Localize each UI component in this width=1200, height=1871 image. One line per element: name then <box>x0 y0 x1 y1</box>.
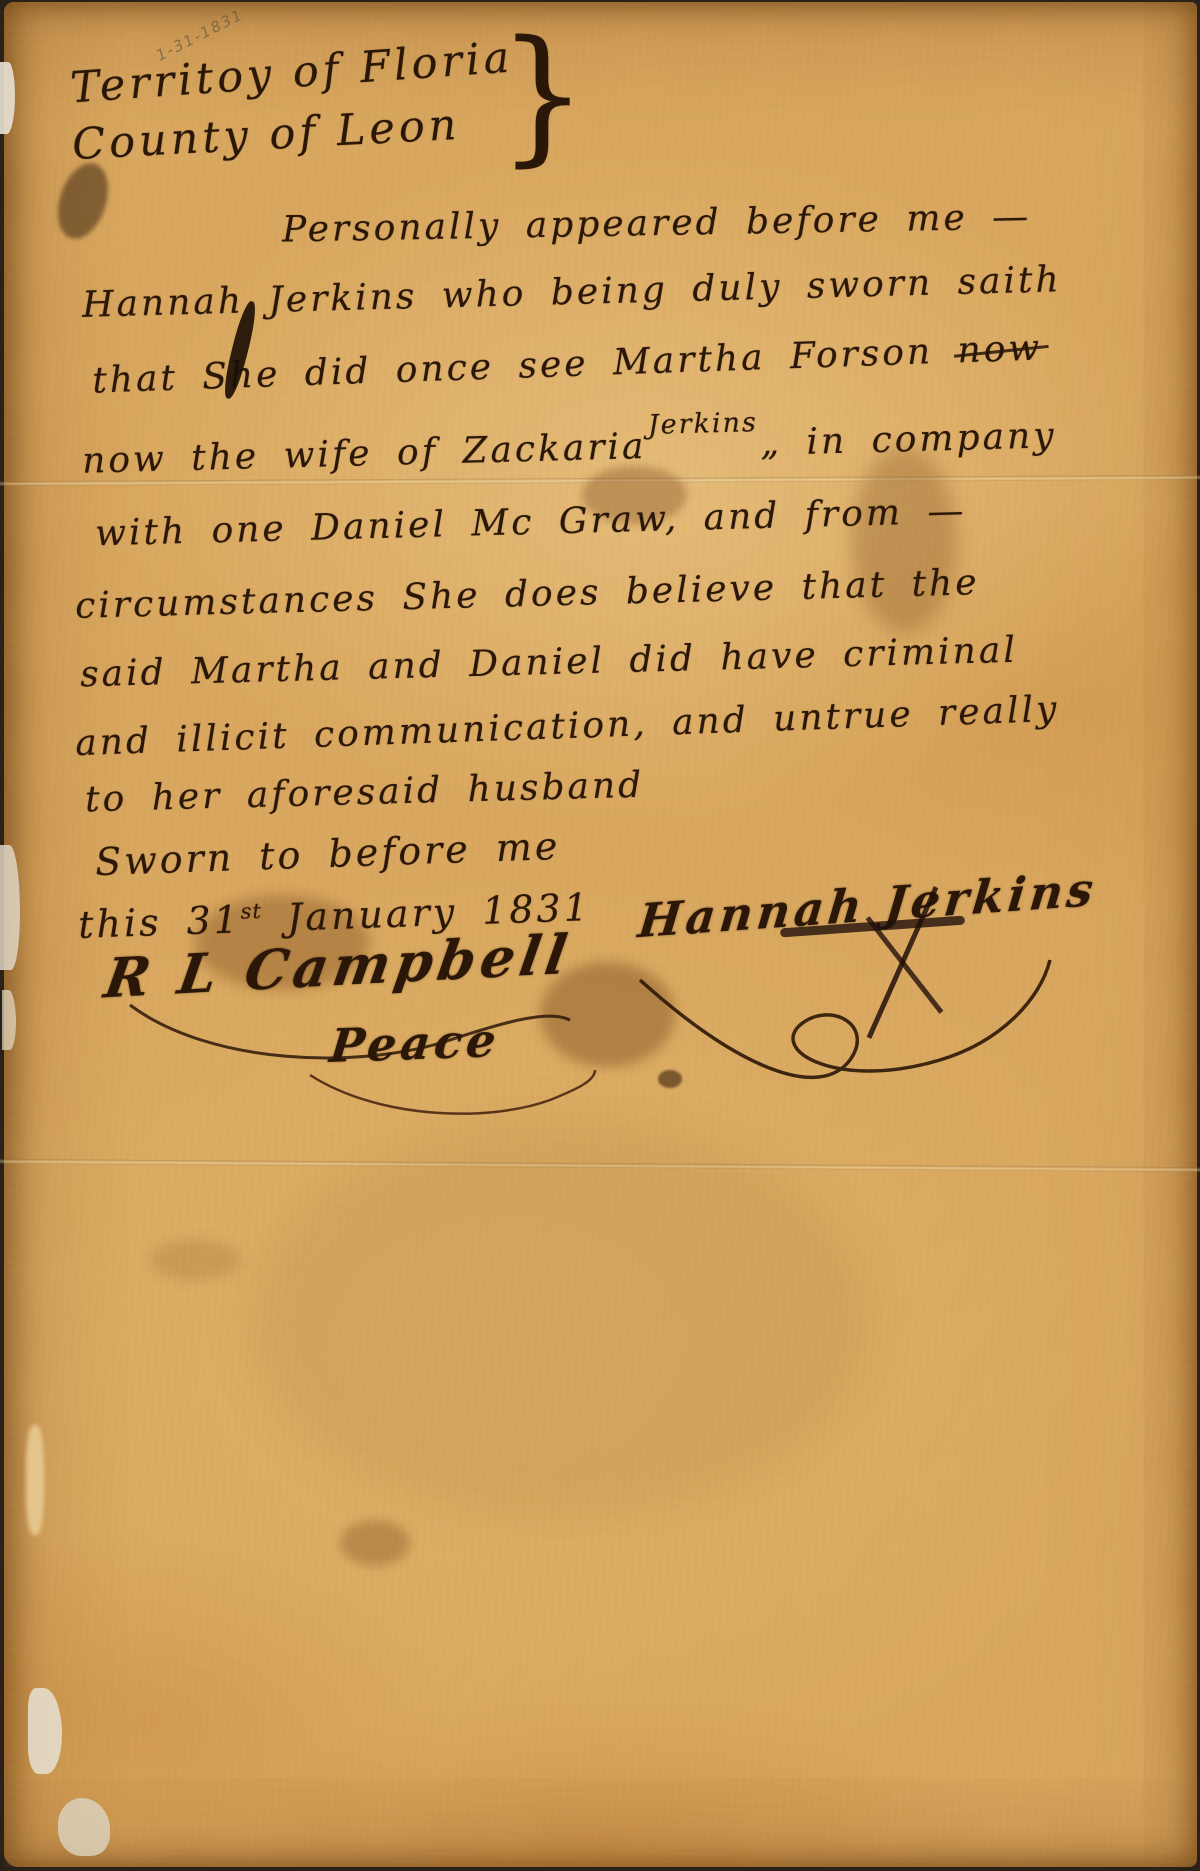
struck-word: now <box>957 327 1043 371</box>
scanned-document: 1-31-1831 Territoy of Floria County of L… <box>0 0 1200 1871</box>
heading-brace: } <box>498 23 587 170</box>
interlined-word: Jerkins <box>647 407 758 441</box>
jurat-date-ordinal: st <box>240 899 262 924</box>
officer-title-peace: Peace <box>327 1013 502 1073</box>
body-line-4-text2: „ in company <box>760 415 1057 464</box>
